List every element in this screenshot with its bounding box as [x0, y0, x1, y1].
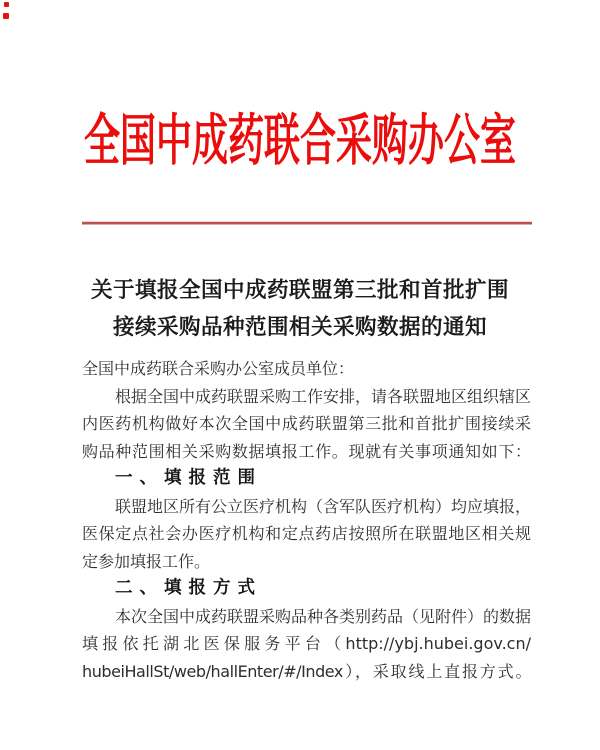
- intro-line: 购品种范围相关采购数据填报工作。现就有关事项通知如下：: [82, 438, 531, 466]
- section-2-line platform-url-line: 填报依托湖北医保服务平台（http://ybj.hubei.gov.cn/: [82, 630, 531, 658]
- intro-line: 根据全国中成药联盟采购工作安排，请各联盟地区组织辖区: [82, 383, 531, 411]
- notice-body: 全国中成药联合采购办公室成员单位： 根据全国中成药联盟采购工作安排，请各联盟地区…: [82, 355, 531, 685]
- notice-title-line1: 关于填报全国中成药联盟第三批和首批扩围: [0, 272, 600, 309]
- section-1-heading: 一、填报范围: [82, 465, 531, 493]
- section-1-line: 定参加填报工作。: [82, 548, 531, 576]
- section-2-line: 本次全国中成药联盟采购品种各类别药品（见附件）的数据: [82, 603, 531, 631]
- scan-artifact-mark: [3, 13, 9, 19]
- notice-document-page: 全国中成药联合采购办公室 关于填报全国中成药联盟第三批和首批扩围 接续采购品种范…: [0, 0, 600, 750]
- section-1-line: 联盟地区所有公立医疗机构（含军队医疗机构）均应填报，: [82, 493, 531, 521]
- section-1-line: 医保定点社会办医疗机构和定点药店按照所在联盟地区相关规: [82, 520, 531, 548]
- salutation: 全国中成药联合采购办公室成员单位：: [82, 355, 531, 383]
- notice-title-line2: 接续采购品种范围相关采购数据的通知: [0, 309, 600, 346]
- red-divider-line: [82, 222, 532, 224]
- notice-title: 关于填报全国中成药联盟第三批和首批扩围 接续采购品种范围相关采购数据的通知: [0, 272, 600, 345]
- scan-artifact-mark: [4, 2, 9, 7]
- section-2-line platform-url-line: hubeiHallSt/web/hallEnter/#/Index），采取线上直…: [82, 658, 531, 686]
- section-2-heading: 二、填报方式: [82, 575, 531, 603]
- letterhead-title: 全国中成药联合采购办公室: [0, 113, 600, 169]
- intro-line: 内医药机构做好本次全国中成药联盟第三批和首批扩围接续采: [82, 410, 531, 438]
